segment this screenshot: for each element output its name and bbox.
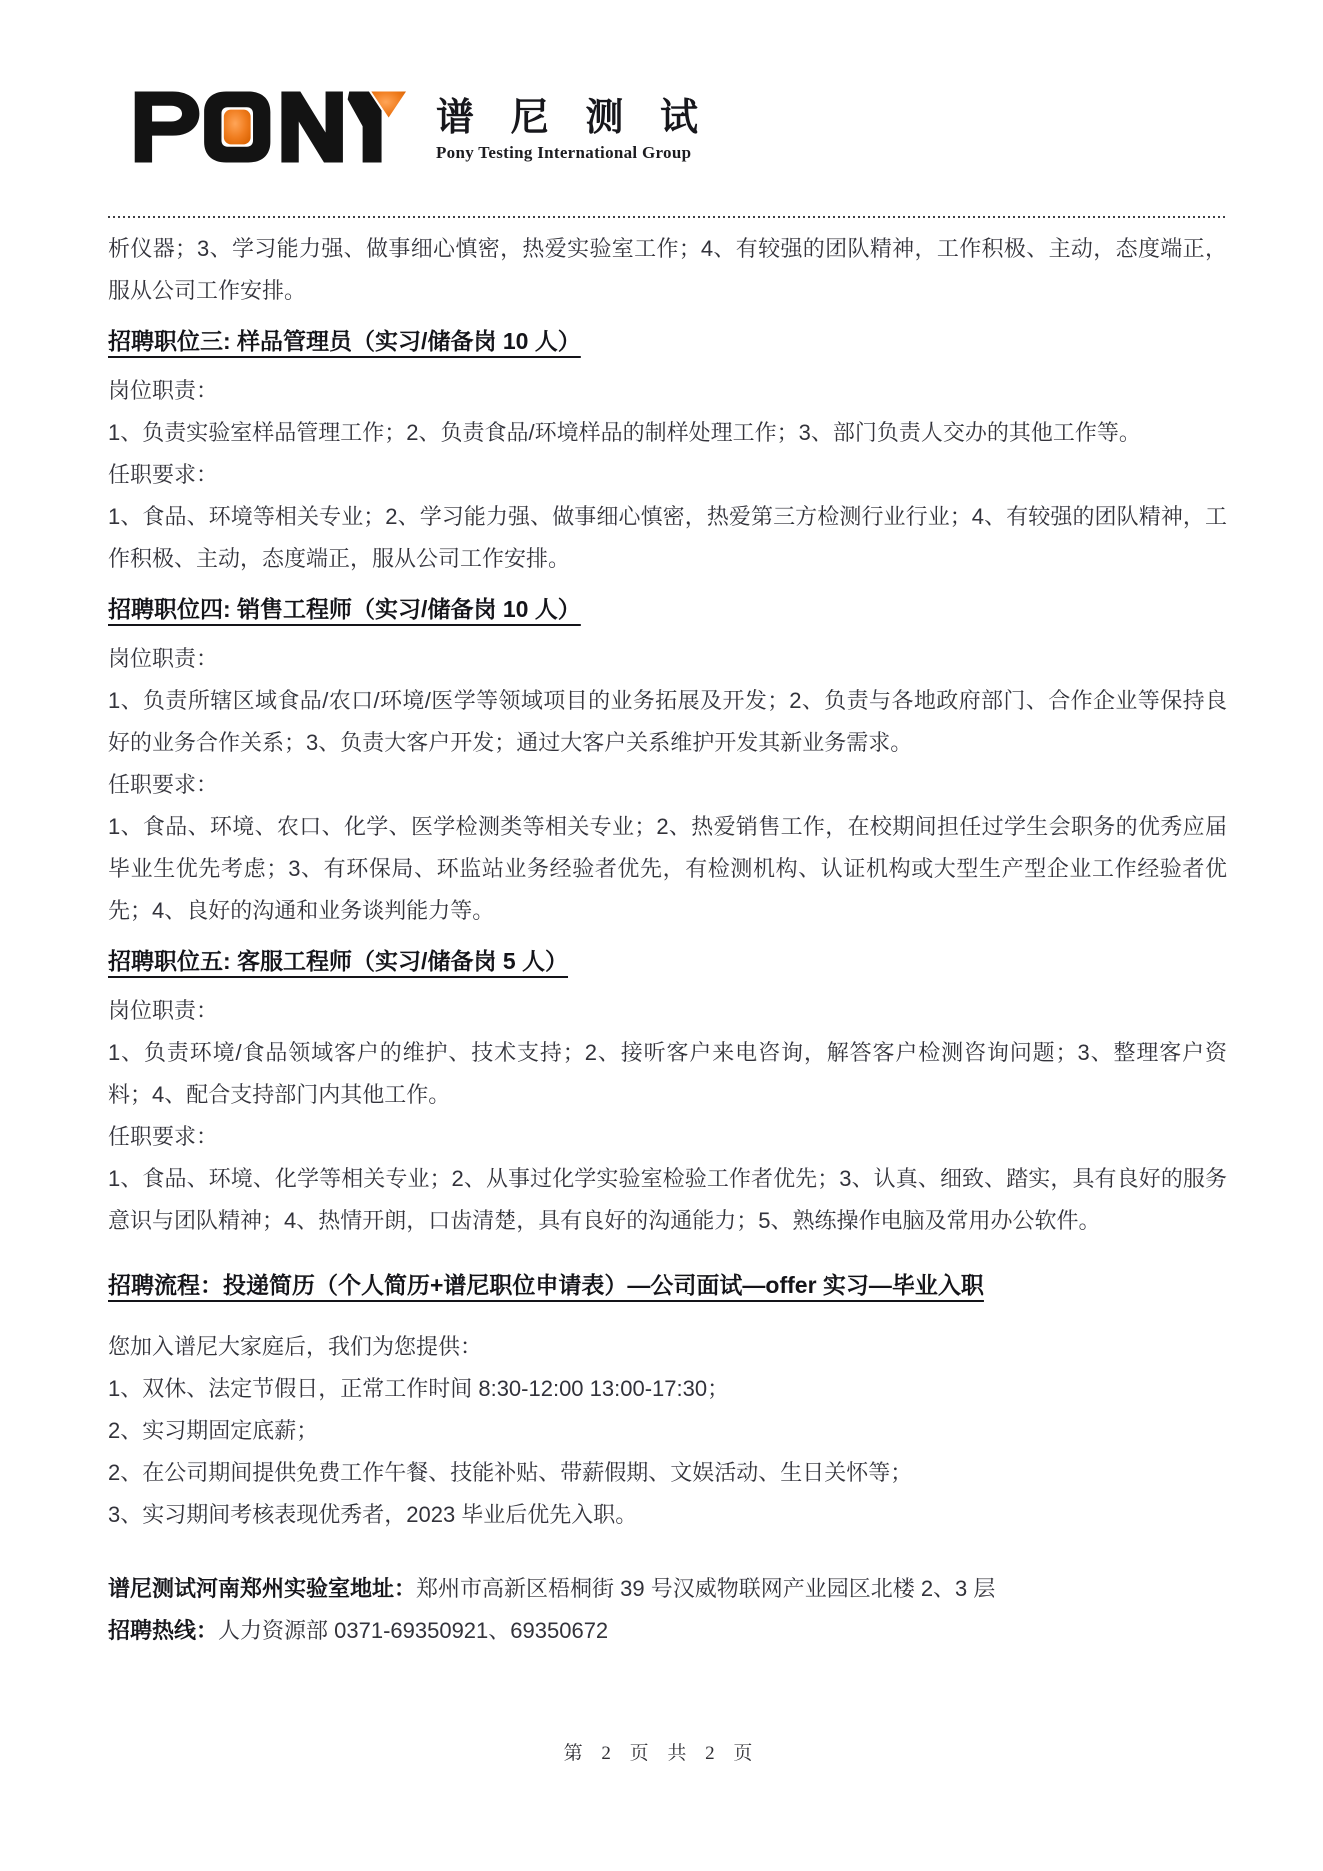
position-3-requirements: 1、食品、环境等相关专业；2、学习能力强、做事细心慎密，热爱第三方检测行业行业；… [108,496,1227,580]
logo-subtitle: Pony Testing International Group [436,143,698,163]
benefit-item: 3、实习期间考核表现优秀者，2023 毕业后优先入职。 [108,1494,1227,1536]
position-5-requirements-label: 任职要求： [108,1116,1227,1158]
position-5-title: 招聘职位五: 客服工程师（实习/储备岗 5 人） [108,946,1227,976]
document-page: 谱 尼 测 试 Pony Testing International Group… [0,0,1323,1871]
page-number: 第 2 页 共 2 页 [0,1738,1323,1765]
hotline-label: 招聘热线： [108,1618,218,1643]
benefit-item: 2、实习期固定底薪； [108,1410,1227,1452]
logo-letter-p [135,92,200,163]
logo-char: 试 [660,98,698,140]
position-4-duties: 1、负责所辖区域食品/农口/环境/医学等领域项目的业务拓展及开发；2、负责与各地… [108,680,1227,764]
logo-letter-n [281,92,343,163]
hotline-line: 招聘热线：人力资源部 0371-69350921、69350672 [108,1610,1227,1652]
logo-text-block: 谱 尼 测 试 Pony Testing International Group [436,88,698,163]
intro-continuation-paragraph: 析仪器；3、学习能力强、做事细心慎密，热爱实验室工作；4、有较强的团队精神，工作… [108,228,1227,312]
lab-address-label: 谱尼测试河南郑州实验室地址： [108,1576,416,1601]
position-5-duties: 1、负责环境/食品领域客户的维护、技术支持；2、接听客户来电咨询，解答客户检测咨… [108,1032,1227,1116]
logo-orange-square [224,110,251,145]
position-4-requirements: 1、食品、环境、农口、化学、医学检测类等相关专业；2、热爱销售工作，在校期间担任… [108,806,1227,932]
logo-char: 测 [585,98,623,140]
position-4-duties-label: 岗位职责： [108,638,1227,680]
position-5-requirements: 1、食品、环境、化学等相关专业；2、从事过化学实验室检验工作者优先；3、认真、细… [108,1158,1227,1242]
company-logo: 谱 尼 测 试 Pony Testing International Group [130,88,1227,166]
contact-block: 谱尼测试河南郑州实验室地址：郑州市高新区梧桐街 39 号汉威物联网产业园区北楼 … [108,1568,1227,1652]
logo-letter-y [348,92,382,163]
position-3-duties: 1、负责实验室样品管理工作；2、负责食品/环境样品的制样处理工作；3、部门负责人… [108,412,1227,454]
benefit-item: 2、在公司期间提供免费工作午餐、技能补贴、带薪假期、文娱活动、生日关怀等； [108,1452,1227,1494]
position-3-duties-label: 岗位职责： [108,370,1227,412]
lab-address-value: 郑州市高新区梧桐街 39 号汉威物联网产业园区北楼 2、3 层 [416,1576,995,1601]
lab-address-line: 谱尼测试河南郑州实验室地址：郑州市高新区梧桐街 39 号汉威物联网产业园区北楼 … [108,1568,1227,1610]
position-4-requirements-label: 任职要求： [108,764,1227,806]
process-heading: 招聘流程：投递简历（个人简历+谱尼职位申请表）—公司面试—offer 实习—毕业… [108,1270,1227,1300]
logo-chinese-name: 谱 尼 测 试 [436,98,698,140]
position-5-duties-label: 岗位职责： [108,990,1227,1032]
position-3-requirements-label: 任职要求： [108,454,1227,496]
benefits-intro: 您加入谱尼大家庭后，我们为您提供： [108,1326,1227,1368]
hotline-value: 人力资源部 0371-69350921、69350672 [218,1618,608,1643]
header-dotted-divider [108,216,1227,218]
benefit-item: 1、双休、法定节假日，正常工作时间 8:30-12:00 13:00-17:30… [108,1368,1227,1410]
position-3-title: 招聘职位三: 样品管理员（实习/储备岗 10 人） [108,326,1227,356]
logo-char: 谱 [436,98,474,140]
position-4-title: 招聘职位四: 销售工程师（实习/储备岗 10 人） [108,594,1227,624]
pony-logo-icon [130,88,406,166]
logo-char: 尼 [511,98,549,140]
